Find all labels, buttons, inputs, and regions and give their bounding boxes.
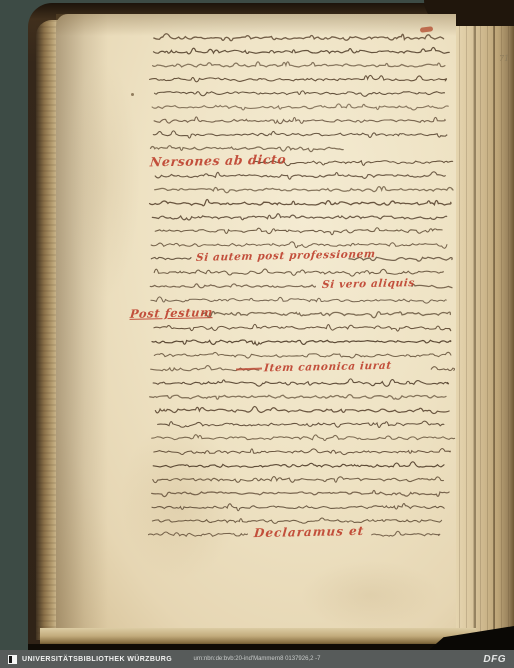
library-name: UNIVERSITÄTSBIBLIOTHEK WÜRZBURG — [22, 656, 172, 663]
footer-bar: UNIVERSITÄTSBIBLIOTHEK WÜRZBURG urn:nbn:… — [0, 650, 514, 668]
rubric-text: Declaramus et — [253, 524, 364, 540]
parchment-stain — [70, 60, 140, 300]
urn-label: urn:nbn:de:bvb:20-ind'Mammern8 0137926,2… — [194, 656, 321, 662]
rubric-text: Nersones ab dicto — [149, 152, 287, 170]
manuscript-scan-view: Nersones ab dicto Si autem post professi… — [0, 0, 514, 668]
library-logo-icon — [8, 655, 17, 664]
folio-number: 71 — [499, 54, 509, 63]
rubric-text: Post festum — [129, 305, 213, 321]
fore-edge-page-stack — [452, 12, 514, 642]
parchment-stain — [300, 560, 440, 630]
page-crease — [474, 14, 476, 638]
margin-mark — [131, 93, 134, 96]
rubric-text: Si vero aliquis — [322, 277, 416, 291]
library-branding: UNIVERSITÄTSBIBLIOTHEK WÜRZBURG — [8, 655, 172, 664]
dfg-logo: DFG — [483, 654, 506, 665]
page-crease — [493, 14, 495, 638]
book-photo: Nersones ab dicto Si autem post professi… — [0, 0, 514, 668]
